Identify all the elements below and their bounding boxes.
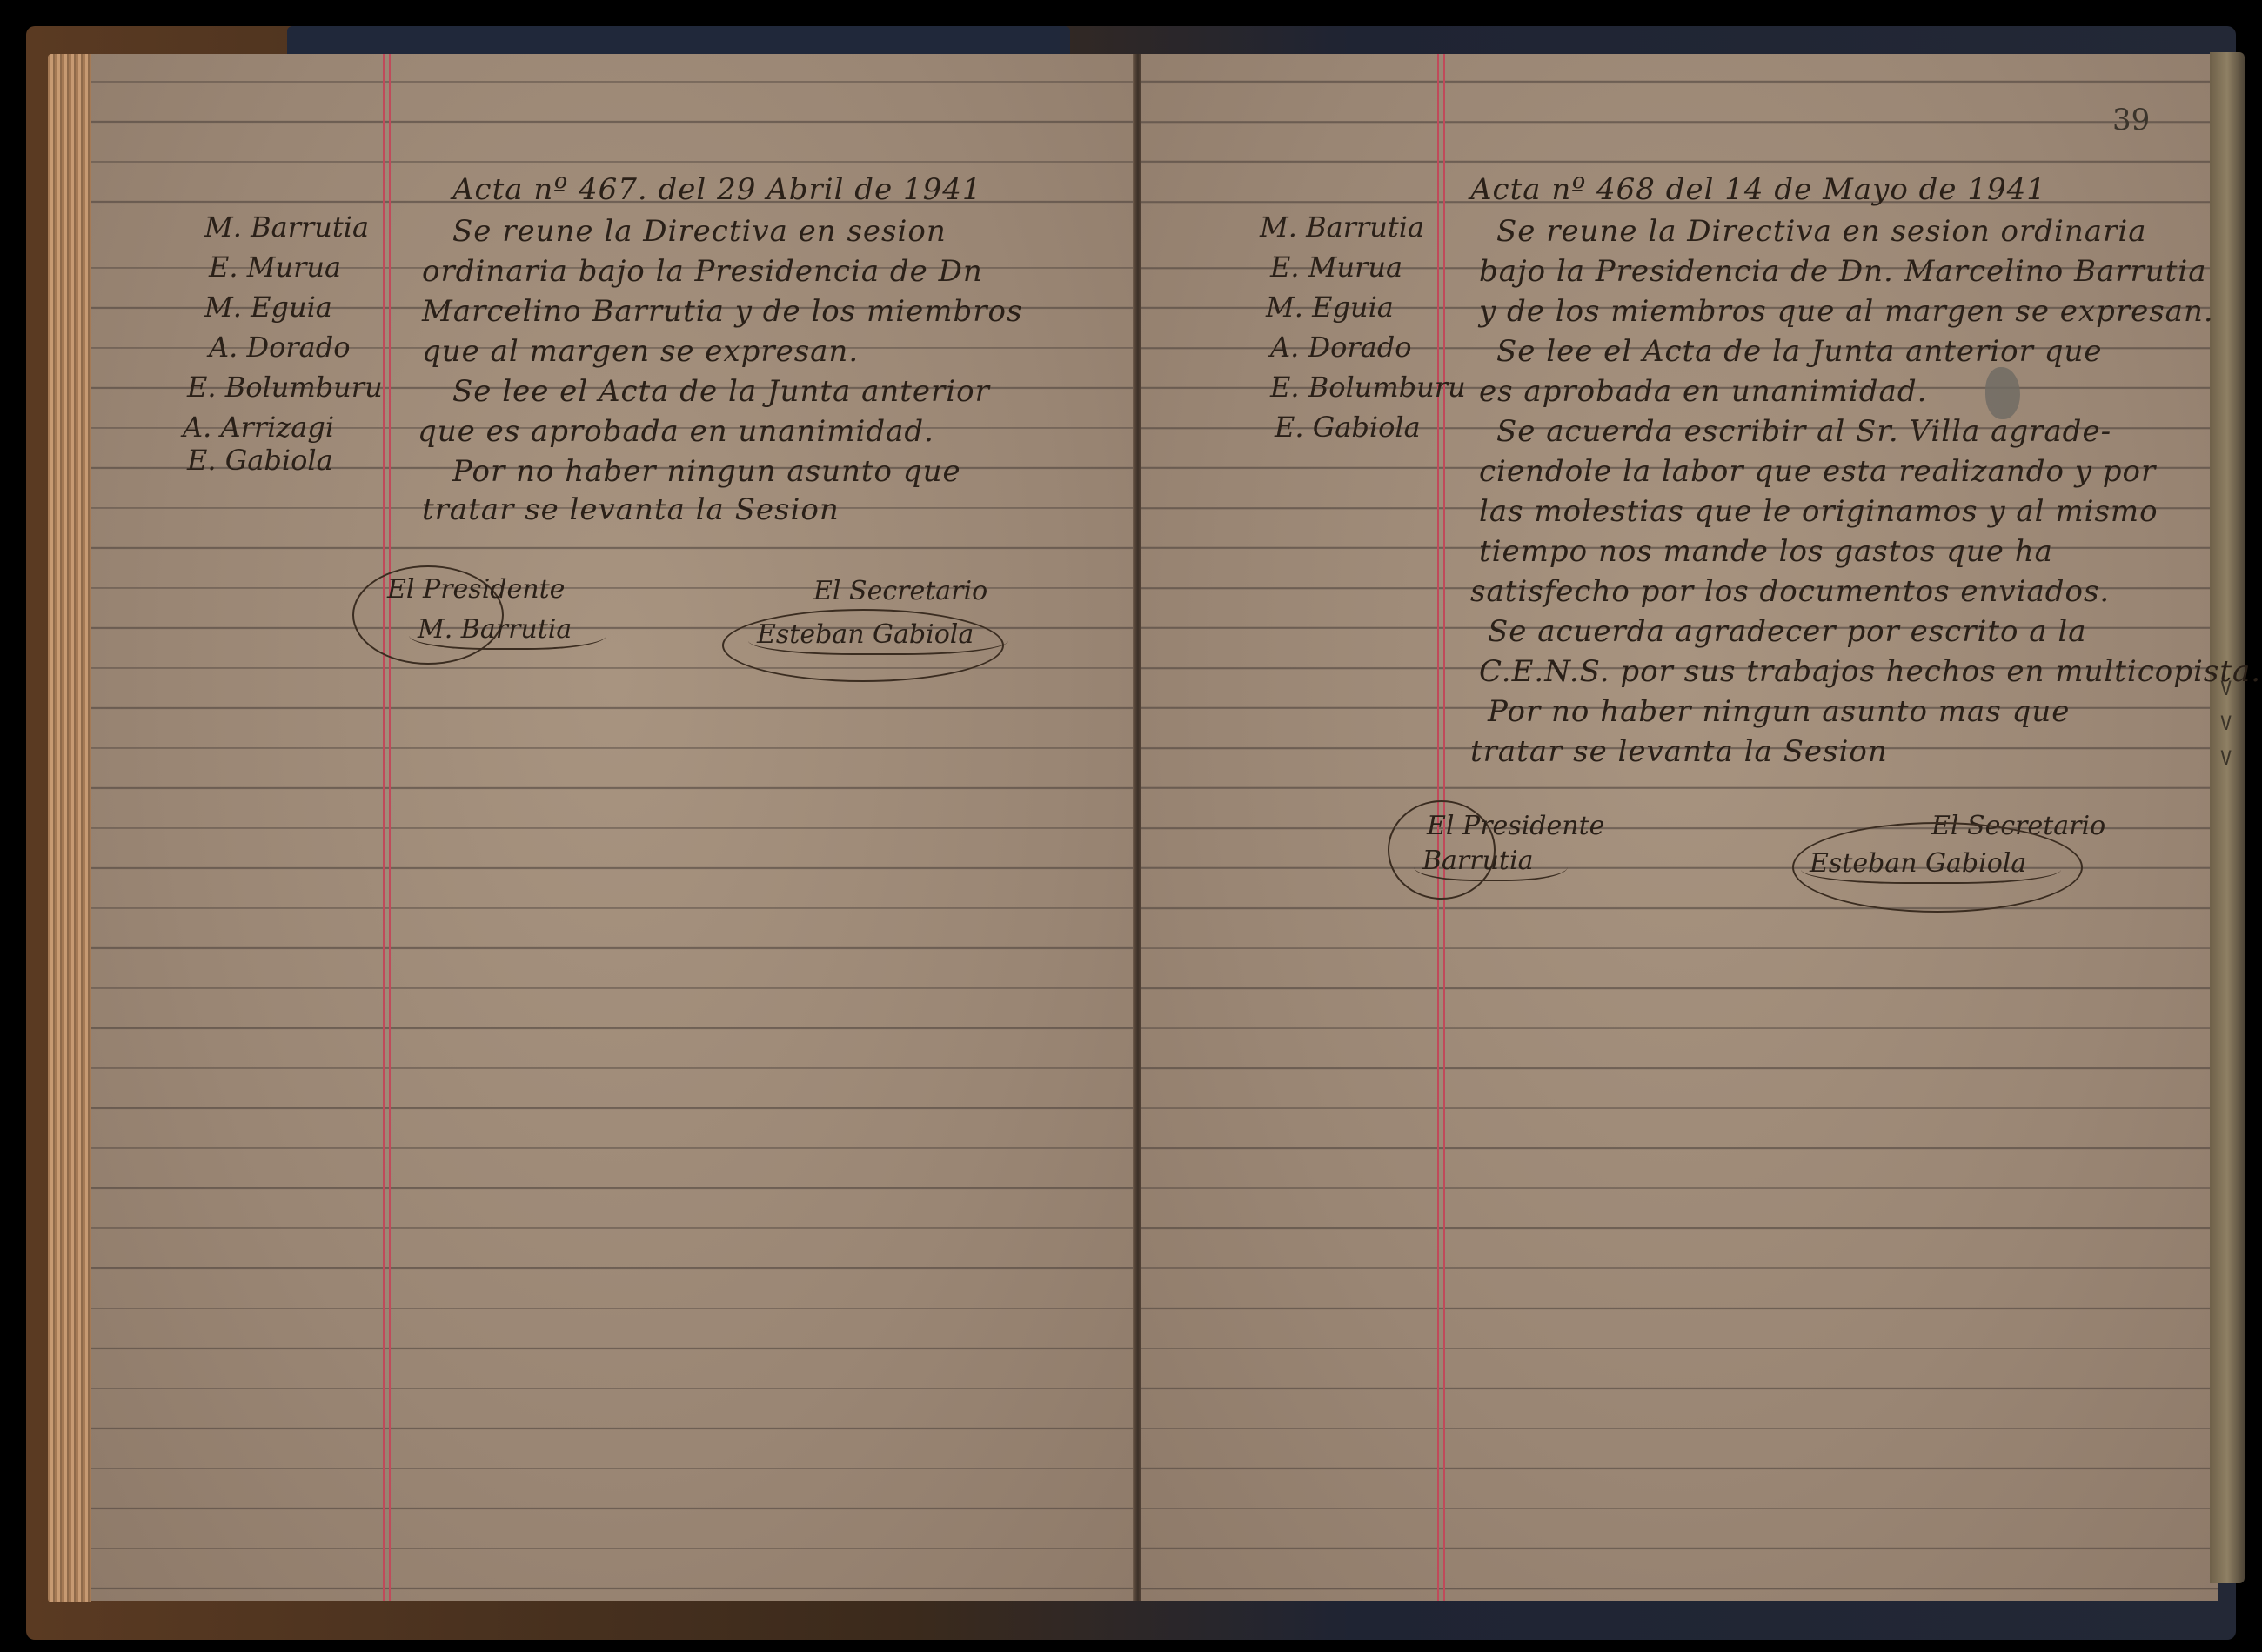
attendee-name: E. Bolumburu <box>187 371 383 404</box>
index-tab-strip <box>2210 52 2245 1583</box>
minutes-line: satisfecho por los documentos enviados. <box>1470 574 2110 609</box>
attendee-name: E. Bolumburu <box>1270 371 1466 404</box>
minutes-line: ordinaria bajo la Presidencia de Dn <box>422 254 983 289</box>
minutes-line: tratar se levanta la Sesion <box>422 492 840 527</box>
page-number: 39 <box>2112 103 2150 137</box>
president-title: El Presidente <box>387 574 565 605</box>
attendee-name: E. Gabiola <box>187 444 333 477</box>
minutes-heading: Acta nº 468 del 14 de Mayo de 1941 <box>1470 172 2046 207</box>
minutes-line: Se lee el Acta de la Junta anterior que <box>1496 334 2103 369</box>
attendee-name: E. Gabiola <box>1275 411 1421 444</box>
red-margin-line <box>383 54 391 1601</box>
minutes-line: ciendole la labor que esta realizando y … <box>1479 454 2156 489</box>
minutes-line: Se reune la Directiva en sesion ordinari… <box>1496 214 2146 249</box>
president-signature: Barrutia <box>1414 846 1568 881</box>
minutes-line: que al margen se expresan. <box>422 334 859 369</box>
attendee-name: A. Arrizagi <box>183 411 334 444</box>
ink-stain <box>1985 367 2020 419</box>
attendee-name: A. Dorado <box>1270 331 1412 364</box>
minutes-line: C.E.N.S. por sus trabajos hechos en mult… <box>1479 654 2261 689</box>
minutes-line: Por no haber ningun asunto mas que <box>1488 694 2070 729</box>
attendee-name: M. Barrutia <box>204 211 369 244</box>
secretary-signature: Esteban Gabiola <box>1801 848 2061 884</box>
minutes-line: y de los miembros que al margen se expre… <box>1479 294 2214 329</box>
attendee-name: A. Dorado <box>209 331 351 364</box>
president-title: El Presidente <box>1427 811 1604 841</box>
secretary-signature: Esteban Gabiola <box>748 619 1008 655</box>
president-signature: M. Barrutia <box>409 614 606 650</box>
minutes-line: bajo la Presidencia de Dn. Marcelino Bar… <box>1479 254 2207 289</box>
tab-mark: V <box>2220 748 2232 770</box>
attendee-name: M. Eguia <box>204 291 332 324</box>
minutes-line: Se acuerda agradecer por escrito a la <box>1488 614 2087 649</box>
minutes-line: que es aprobada en unanimidad. <box>418 414 934 449</box>
minutes-line: tratar se levanta la Sesion <box>1470 734 1888 769</box>
minutes-line: tiempo nos mande los gastos que ha <box>1479 534 2053 569</box>
secretary-title: El Secretario <box>813 576 987 606</box>
minutes-line: Se acuerda escribir al Sr. Villa agrade- <box>1496 414 2111 449</box>
minutes-line: las molestias que le originamos y al mis… <box>1479 494 2158 529</box>
minutes-line: Se reune la Directiva en sesion <box>452 214 947 249</box>
minutes-line: Marcelino Barrutia y de los miembros <box>422 294 1022 329</box>
attendee-name: E. Murua <box>1270 251 1402 284</box>
attendee-name: M. Barrutia <box>1260 211 1424 244</box>
tab-mark: V <box>2220 713 2232 735</box>
attendee-name: M. Eguia <box>1266 291 1394 324</box>
minutes-line: Se lee el Acta de la Junta anterior <box>452 374 990 409</box>
minutes-line: es aprobada en unanimidad. <box>1479 374 1927 409</box>
attendee-name: E. Murua <box>209 251 341 284</box>
page-edges-left <box>48 54 91 1602</box>
minutes-heading: Acta nº 467. del 29 Abril de 1941 <box>452 172 982 207</box>
minutes-line: Por no haber ningun asunto que <box>452 454 961 489</box>
